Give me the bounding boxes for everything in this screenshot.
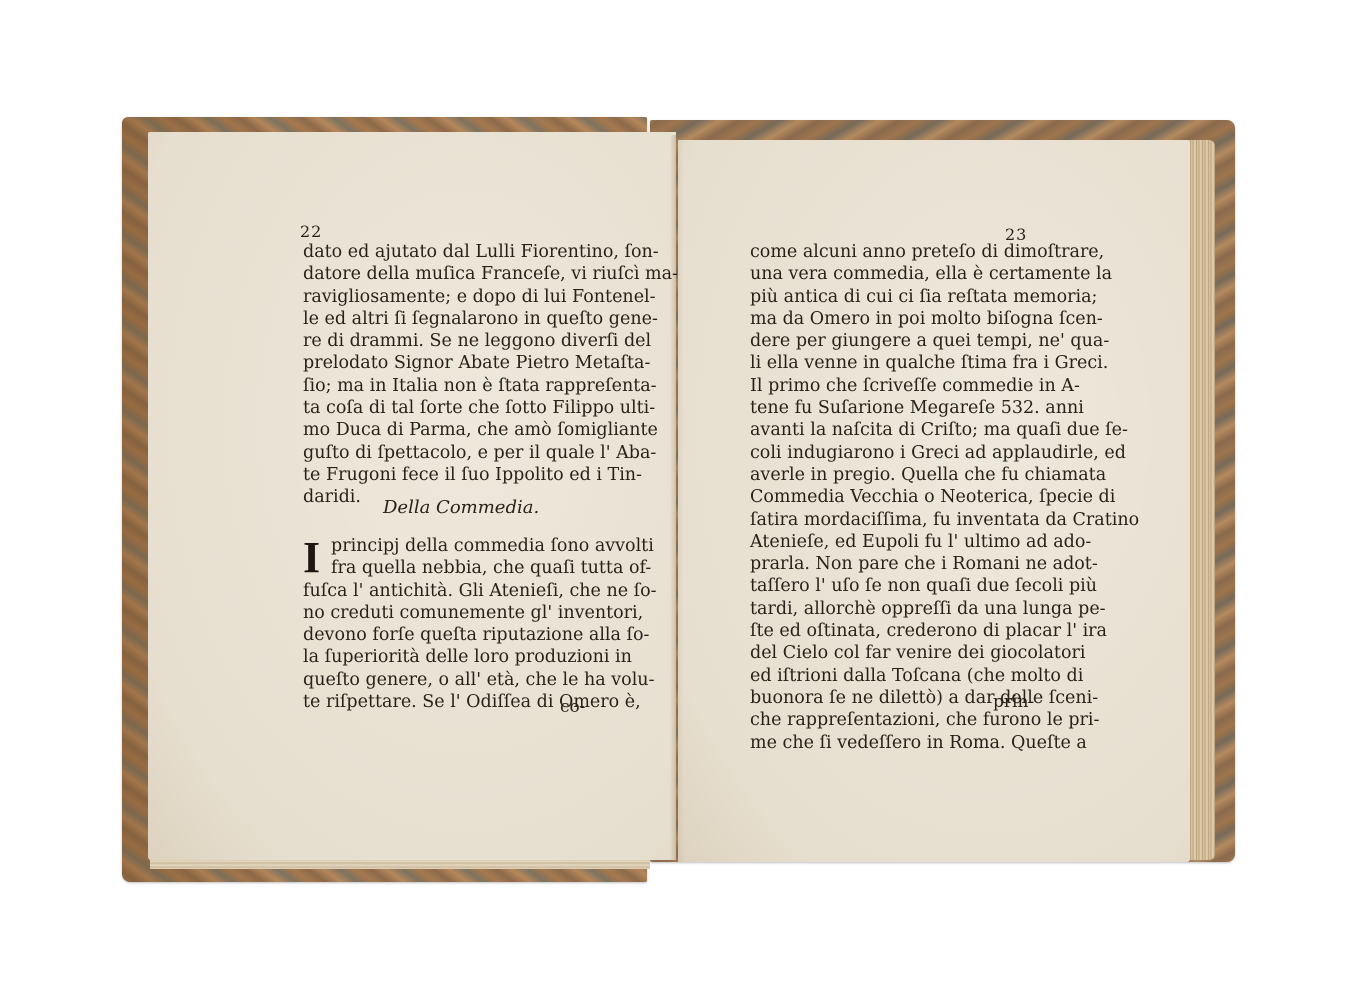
text-line: queſto genere, o all' età, che le ha vol… — [303, 669, 605, 691]
text-line: averle in pregio. Quella che fu chiamata — [750, 464, 1046, 486]
open-book: 22 dato ed ajutato dal Lulli Fiorentino,… — [0, 0, 1363, 1000]
right-page-text: come alcuni anno preteſo di dimoſtrare, … — [750, 241, 1046, 754]
text-line: ſio; ma in Italia non è ſtata rappreſent… — [303, 375, 605, 397]
text-line: avanti la naſcita di Criſto; ma quaſi du… — [750, 419, 1046, 441]
text-line: tardi, allorchè oppreſſi da una lunga pe… — [750, 598, 1046, 620]
text-line: come alcuni anno preteſo di dimoſtrare, — [750, 241, 1046, 263]
text-line: ſte ed oſtinata, crederono di placar l' … — [750, 620, 1046, 642]
text-line: Il primo che ſcriveſſe commedie in A- — [750, 375, 1046, 397]
text-line: taſſero l' uſo ſe non quaſi due ſecoli p… — [750, 575, 1046, 597]
text-line: Atenieſe, ed Eupoli fu l' ultimo ad ado- — [750, 531, 1046, 553]
text-line: datore della muſica Franceſe, vi riuſcì … — [303, 263, 605, 285]
section-paragraph: I principj della commedia ſono avvolti f… — [303, 535, 605, 713]
text-line: dere per giungere a quei tempi, ne' qua- — [750, 330, 1046, 352]
book-gutter — [670, 135, 684, 862]
text-line: ed iſtrioni dalla Toſcana (che molto di — [750, 665, 1046, 687]
text-line: li ella venne in qualche ſtima fra i Gre… — [750, 352, 1046, 374]
catchword-left: co- — [560, 697, 586, 717]
text-line: fuſca l' antichità. Gli Atenieſi, che ne… — [303, 580, 605, 602]
text-line: dato ed ajutato dal Lulli Fiorentino, ſo… — [303, 241, 605, 263]
text-line: che rappreſentazioni, che furono le pri- — [750, 709, 1046, 731]
text-line: Commedia Vecchia o Neoterica, ſpecie di — [750, 486, 1046, 508]
text-line: guſto di ſpettacolo, e per il quale l' A… — [303, 442, 605, 464]
text-line: le ed altri ſi ſegnalarono in queſto gen… — [303, 308, 605, 330]
drop-cap: I — [303, 538, 320, 578]
text-line: ma da Omero in poi molto biſogna ſcen- — [750, 308, 1046, 330]
text-line: tene fu Suſarione Megareſe 532. anni — [750, 397, 1046, 419]
text-line: ſatira mordaciſſima, fu inventata da Cra… — [750, 509, 1046, 531]
page-number-left: 22 — [300, 222, 322, 241]
text-line: fra quella nebbia, che quaſi tutta of- — [303, 557, 605, 579]
text-line: re di drammi. Se ne leggono diverſi del — [303, 330, 605, 352]
text-line: no creduti comunemente gl' inventori, — [303, 602, 605, 624]
catchword-right: prin- — [993, 692, 1034, 712]
text-line: principj della commedia ſono avvolti — [303, 535, 605, 557]
text-line: una vera commedia, ella è certamente la — [750, 263, 1046, 285]
text-line: la ſuperiorità delle loro produzioni in — [303, 646, 605, 668]
text-line: coli indugiarono i Greci ad applaudirle,… — [750, 442, 1046, 464]
text-line: te Frugoni fece il ſuo Ippolito ed i Tin… — [303, 464, 605, 486]
text-line: devono forſe queſta riputazione alla ſo- — [303, 624, 605, 646]
text-line: prelodato Signor Abate Pietro Metaſta- — [303, 352, 605, 374]
text-line: mo Duca di Parma, che amò ſomigliante — [303, 419, 605, 441]
text-line: ta coſa di tal ſorte che ſotto Filippo u… — [303, 397, 605, 419]
section-heading: Della Commedia. — [383, 497, 539, 518]
left-page-text: dato ed ajutato dal Lulli Fiorentino, ſo… — [303, 241, 605, 509]
text-line: del Cielo col far venire dei giocolatori — [750, 642, 1046, 664]
text-line: ravigliosamente; e dopo di lui Fontenel- — [303, 286, 605, 308]
text-line: prarla. Non pare che i Romani ne adot- — [750, 553, 1046, 575]
text-line: me che ſi vedeſſero in Roma. Queſte a — [750, 732, 1046, 754]
text-line: più antica di cui ci ſia reſtata memoria… — [750, 286, 1046, 308]
